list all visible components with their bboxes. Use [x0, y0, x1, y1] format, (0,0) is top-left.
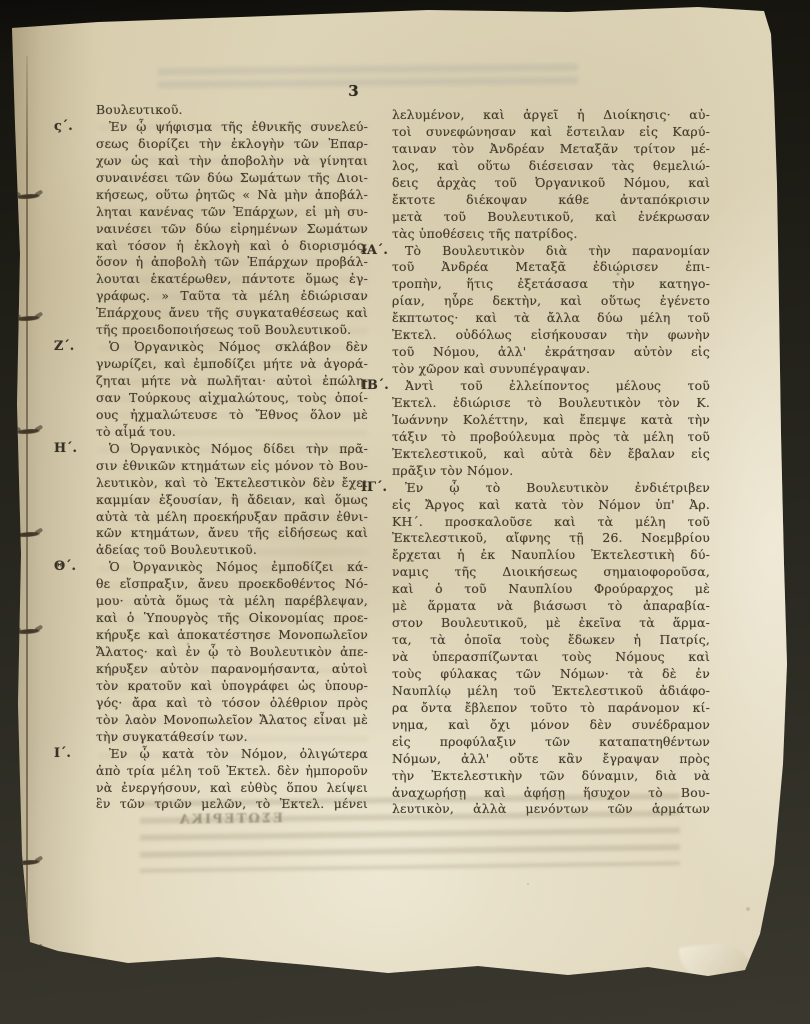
text-line: Νόμων, ἀλλ' οὔτε κἂν ἔγραψαν πρὸς [392, 751, 710, 768]
text-line: καὶ τόσον ἡ ἐκλογὴ καὶ ὁ διορισμός, [96, 238, 368, 255]
line-text: τα, τὰ ὁποῖα τοὺς ἔδωκεν ἡ Πατρίς, [392, 632, 710, 647]
line-text: γός· ἄρα καὶ τὸ τόσον ὀλέθριον πρὸς [96, 695, 368, 710]
line-text: Ἐκτελ. οὐδόλως εἰσήκουσαν τὴν φωνὴν [392, 327, 710, 342]
text-line: Ἐπάρχους ἄνευ τῆς συγκαταθέσεως καὶ [96, 305, 368, 322]
show-through-text: ΕΣΩΤΕΡΙΚΑ [153, 811, 283, 828]
line-text: πρᾶξιν τὸν Νόμον. [392, 463, 513, 478]
line-text: κήρυξεν αὐτὸν παρανομήσαντα, αὐτοὶ [96, 661, 368, 676]
text-line: Ι΄.Ἐν ᾧ κατὰ τὸν Νόμον, ὀλιγώτερα [96, 746, 368, 763]
line-text: τὴν συγκατάθεσίν των. [96, 729, 248, 744]
line-text: καὶ τόσον ἡ ἐκλογὴ καὶ ὁ διορισμός, [96, 238, 368, 253]
line-text: χων ὡς καὶ τὴν ἀποβολὴν νὰ γίνηται [96, 153, 368, 168]
text-line: τα, τὰ ὁποῖα τοὺς ἔδωκεν ἡ Πατρίς, [392, 632, 710, 649]
text-line: κήσεως, οὕτω ῥητῶς « Νὰ μὴν ἀποβάλ- [96, 187, 368, 204]
line-text: τῆς προειδοποιήσεως τοῦ Βουλευτικοῦ. [96, 322, 351, 337]
line-text: τὸ αἷμά του. [96, 424, 176, 439]
line-text: τοὶ συνεφώνησαν καὶ ἔστειλαν εἰς Καρύ- [392, 124, 710, 139]
text-line: ληται κανένας τῶν Ἐπάρχων, εἰ μὴ συ- [96, 204, 368, 221]
line-text: ρα ὄντα ἔβλεπον τοῦτο τὸ παράνομον κί- [392, 700, 710, 715]
text-line: ους ἠχμαλώτευσε τὸ Ἔθνος ὅλον μὲ [96, 407, 368, 424]
line-text: τάξιν τὸ προβούλευμα πρὸς τὰ μέλη τοῦ [392, 429, 710, 444]
line-text: τὸν λαὸν Μονοπωλεῖον Ἄλατος εἶναι μὲ [96, 712, 368, 727]
text-line: εἰς Ἄργος καὶ κατὰ τὸν Νόμον ὑπ' Ἀρ. [392, 497, 710, 514]
line-text: νὰ ὑπερασπίζωνται τοὺς Νόμους καὶ [392, 649, 710, 664]
line-text: στον Βουλευτικοῦ, μὲ ἐκεῖνα τὰ ἅρμα- [392, 615, 710, 630]
text-line: θε εἴσπραξιν, ἄνευ προεκδοθέντος Νό- [96, 576, 368, 593]
line-text: μου· αὐτὰ ὅμως τὰ μέλη παρέβλεψαν, [96, 593, 368, 608]
text-line: σιν ἐθνικῶν κτημάτων εἰς μόνον τὸ Βου- [96, 458, 368, 475]
text-line: τάξιν τὸ προβούλευμα πρὸς τὰ μέλη τοῦ [392, 429, 710, 446]
line-text: ἀδείας τοῦ Βουλευτικοῦ. [96, 542, 257, 557]
text-line: Ζ΄.Ὁ Ὀργανικὸς Νόμος σκλάβον δὲν [96, 339, 368, 356]
text-line: νημα, καὶ ὄχι μόνον δὲν συνέδραμον [392, 717, 710, 734]
text-line: ὅσον ἡ ἀποβολὴ τῶν Ἐπάρχων προβάλ- [96, 254, 368, 271]
text-line: Η΄.Ὁ Ὀργανικὸς Νόμος δίδει τὴν πρᾶ- [96, 441, 368, 458]
line-text: μὲ ἅρματα νὰ βιάσωσι τὸ ἀπαραβία- [392, 598, 710, 613]
line-text: Ἄλατος· καὶ ἐν ᾧ τὸ Βουλευτικὸν ἀπε- [96, 644, 368, 659]
text-line: τοῦ Νόμου, ἀλλ' ἐκράτησαν αὐτὸν εἰς [392, 344, 710, 361]
line-text: ταιναν τὸν Ἀνδρέαν Μεταξᾶν τρίτον μέ- [392, 141, 710, 156]
line-text: μετὰ τοῦ Βουλευτικοῦ, καὶ ἐνέκρωσαν [392, 209, 710, 224]
text-line: ζηται μήτε νὰ πωλῆται· αὐτοὶ ἐπώλη- [96, 373, 368, 390]
show-through-smudge [158, 64, 578, 94]
line-text: λος, καὶ οὕτω διέσεισαν τὰς θεμελιώ- [392, 158, 710, 173]
text-line: λευτικὸν, καὶ τὸ Ἐκτελεστικὸν δὲν ἔχει [96, 475, 368, 492]
stitch-thread [16, 315, 40, 322]
photo-background: 3 Βουλευτικοῦ.ς΄.Ἐν ᾧ ψήφισμα τῆς ἐθνικῆ… [0, 0, 810, 1024]
line-text: Ἐν ᾧ κατὰ τὸν Νόμον, ὀλιγώτερα [96, 746, 368, 761]
text-line: Ἐκτελεστικοῦ, καὶ αὐτὰ δὲν ἔβαλαν εἰς [392, 446, 710, 463]
text-line: ΙΓ΄.Ἐν ᾧ τὸ Βουλευτικὸν ἐνδιέτριβεν [392, 480, 710, 497]
text-line: ς΄.Ἐν ᾧ ψήφισμα τῆς ἐθνικῆς συνελεύ- [96, 119, 368, 136]
line-text: Ἰωάννην Κολέττην, καὶ ἔπεμψε κατὰ τὴν [392, 412, 710, 427]
text-line: νὰ ὑπερασπίζωνται τοὺς Νόμους καὶ [392, 649, 710, 666]
line-text: σαν Τούρκους αἰχμαλώτους, τοὺς ὁποί- [96, 390, 368, 405]
text-line: ἀπὸ τρία μέλη τοῦ Ἐκτελ. δὲν ἠμποροῦν [96, 763, 368, 780]
text-line: ΙΑ΄.Τὸ Βουλευτικὸν διὰ τὴν παρανομίαν [392, 243, 710, 260]
line-text: γνωρίζει, καὶ ἐμποδίζει μήτε νὰ ἀγορά- [96, 356, 368, 371]
text-line: τοὺς φύλακας τῶν Νόμων· τὰ δὲ ἐν [392, 666, 710, 683]
text-line: αὐτὰ τὰ μέλη προεκήρυξαν πρᾶσιν ἐθνι- [96, 509, 368, 526]
text-line: λουται ἑκατέρωθεν, πάντοτε ὅμως ἐγ- [96, 271, 368, 288]
text-line: τὸν κρατοῦν καὶ ὑπογράφει ὡς ὑπουρ- [96, 678, 368, 695]
paragraph-number: Η΄. [54, 441, 77, 458]
text-line: τὴν Ἐκτελεστικὴν τῶν δύναμιν, διὰ νὰ [392, 768, 710, 785]
text-line: ναμις τῆς Διοικήσεως σημαιοφοροῦσα, [392, 564, 710, 581]
line-text: σεως διορίζει τὴν ἐκλογὴν τῶν Ἐπαρ- [96, 136, 368, 151]
text-line: Ἰωάννην Κολέττην, καὶ ἔπεμψε κατὰ τὴν [392, 412, 710, 429]
line-text: κήρυξε καὶ ἀποκατέστησε Μονοπωλεῖον [96, 627, 368, 642]
text-line: γράφως. » Ταῦτα τὰ μέλη ἐδιώρισαν [96, 288, 368, 305]
text-line: καμμίαν ἐξουσίαν, ἢ ἄδειαν, καὶ ὅμως [96, 492, 368, 509]
line-text: τὴν Ἐκτελεστικὴν τῶν δύναμιν, διὰ νὰ [392, 768, 710, 783]
line-text: ρίαν, ηὗρε δεκτὴν, καὶ οὕτως ἐγένετο [392, 293, 710, 308]
text-line: εἰς προφύλαξιν τῶν καταπατηθέντων [392, 734, 710, 751]
line-text: Ἐν ᾧ τὸ Βουλευτικὸν ἐνδιέτριβεν [392, 480, 710, 495]
line-text: ὅσον ἡ ἀποβολὴ τῶν Ἐπάρχων προβάλ- [96, 254, 368, 269]
book-page: 3 Βουλευτικοῦ.ς΄.Ἐν ᾧ ψήφισμα τῆς ἐθνικῆ… [8, 4, 788, 994]
line-text: κήσεως, οὕτω ῥητῶς « Νὰ μὴν ἀποβάλ- [96, 187, 368, 202]
line-text: γράφως. » Ταῦτα τὰ μέλη ἐδιώρισαν [96, 288, 368, 303]
line-text: Βουλευτικοῦ. [96, 102, 183, 117]
text-line: ταιναν τὸν Ἀνδρέαν Μεταξᾶν τρίτον μέ- [392, 141, 710, 158]
line-text: ΚΗ΄. προσκαλοῦσε καὶ τὰ μέλη τοῦ [392, 514, 710, 529]
line-text: Ὁ Ὀργανικὸς Νόμος σκλάβον δὲν [96, 339, 368, 354]
text-line: τοὶ συνεφώνησαν καὶ ἔστειλαν εἰς Καρύ- [392, 124, 710, 141]
stitch-thread [16, 428, 40, 435]
text-line: ΚΗ΄. προσκαλοῦσε καὶ τὰ μέλη τοῦ [392, 514, 710, 531]
line-text: κῶν κτημάτων, ἄνευ τῆς εἰδήσεως καὶ [96, 525, 368, 540]
paragraph-number: ΙΑ΄. [361, 243, 388, 260]
line-text: Ναυπλίῳ μέλη τοῦ Ἐκτελεστικοῦ ἀδιάφο- [392, 683, 710, 698]
line-text: Ἐκτελ. ἐδιώρισε τὸ Βουλευτικὸν τὸν Κ. [392, 395, 710, 410]
line-text: τροπὴν, ἥτις ἐξετάσασα τὴν κατηγο- [392, 276, 710, 291]
text-line: ρα ὄντα ἔβλεπον τοῦτο τὸ παράνομον κί- [392, 700, 710, 717]
line-text: τοὺς φύλακας τῶν Νόμων· τὰ δὲ ἐν [392, 666, 710, 681]
text-line: γνωρίζει, καὶ ἐμποδίζει μήτε νὰ ἀγορά- [96, 356, 368, 373]
line-text: νὰ ἐνεργήσουν, καὶ εὐθὺς ὅπου λείψει [96, 780, 368, 795]
text-line: τροπὴν, ἥτις ἐξετάσασα τὴν κατηγο- [392, 276, 710, 293]
text-line: πρᾶξιν τὸν Νόμον. [392, 463, 710, 480]
text-line: σεως διορίζει τὴν ἐκλογὴν τῶν Ἐπαρ- [96, 136, 368, 153]
text-line: μετὰ τοῦ Βουλευτικοῦ, καὶ ἐνέκρωσαν [392, 209, 710, 226]
paragraph-number: ΙΒ΄. [361, 378, 389, 395]
text-line: ρίαν, ηὗρε δεκτὴν, καὶ οὕτως ἐγένετο [392, 293, 710, 310]
line-text: καμμίαν ἐξουσίαν, ἢ ἄδειαν, καὶ ὅμως [96, 492, 368, 507]
text-line: τῆς προειδοποιήσεως τοῦ Βουλευτικοῦ. [96, 322, 368, 339]
line-text: τὰς ὑποθέσεις τῆς πατρίδος. [392, 226, 578, 241]
paragraph-number: Θ΄. [54, 559, 76, 576]
text-line: γός· ἄρα καὶ τὸ τόσον ὀλέθριον πρὸς [96, 695, 368, 712]
text-line: λελυμένον, καὶ ἀργεῖ ἡ Διοίκησις· αὐ- [392, 107, 710, 124]
text-line: καὶ ὁ τοῦ Ναυπλίου Φρούραρχος μὲ [392, 581, 710, 598]
line-text: λευτικὸν, καὶ τὸ Ἐκτελεστικὸν δὲν ἔχει [96, 475, 368, 490]
text-line: Βουλευτικοῦ. [96, 102, 368, 119]
text-column-right: λελυμένον, καὶ ἀργεῖ ἡ Διοίκησις· αὐ-τοὶ… [392, 107, 710, 818]
text-line: τὰς ὑποθέσεις τῆς πατρίδος. [392, 226, 710, 243]
line-text: ναμις τῆς Διοικήσεως σημαιοφοροῦσα, [392, 564, 710, 579]
line-text: ναινέσει τῶν δύω εἰρημένων Σωμάτων [96, 221, 368, 236]
text-line: δεις ἀρχὰς τοῦ Ὀργανικοῦ Νόμου, καὶ [392, 175, 710, 192]
paragraph-number: Ζ΄. [54, 339, 74, 356]
line-text: σιν ἐθνικῶν κτημάτων εἰς μόνον τὸ Βου- [96, 458, 368, 473]
stitch-thread [16, 531, 40, 538]
text-line: ΙΒ΄.Ἀντὶ τοῦ ἐλλείποντος μέλους τοῦ [392, 378, 710, 395]
text-line: Θ΄.Ὁ Ὀργανικὸς Νόμος ἐμποδίζει κά- [96, 559, 368, 576]
line-text: καὶ ὁ τοῦ Ναυπλίου Φρούραρχος μὲ [392, 581, 710, 596]
line-text: νημα, καὶ ὄχι μόνον δὲν συνέδραμον [392, 717, 710, 732]
line-text: Ἀντὶ τοῦ ἐλλείποντος μέλους τοῦ [392, 378, 710, 393]
line-text: τὸν κρατοῦν καὶ ὑπογράφει ὡς ὑπουρ- [96, 678, 368, 693]
stitch-thread [16, 859, 40, 866]
text-line: τὴν συγκατάθεσίν των. [96, 729, 368, 746]
text-line: μὲ ἅρματα νὰ βιάσωσι τὸ ἀπαραβία- [392, 598, 710, 615]
line-text: ους ἠχμαλώτευσε τὸ Ἔθνος ὅλον μὲ [96, 407, 368, 422]
text-line: μου· αὐτὰ ὅμως τὰ μέλη παρέβλεψαν, [96, 593, 368, 610]
text-line: ἔκτοτε διέκοψαν κάθε ἀνταπόκρισιν [392, 192, 710, 209]
line-text: καὶ ὁ Ὑπουργὸς τῆς Οἰκονομίας προε- [96, 610, 368, 625]
line-text: λελυμένον, καὶ ἀργεῖ ἡ Διοίκησις· αὐ- [392, 107, 710, 122]
stitch-thread [16, 193, 40, 200]
line-text: τοῦ Νόμου, ἀλλ' ἐκράτησαν αὐτὸν εἰς [392, 344, 710, 359]
line-text: εἰς προφύλαξιν τῶν καταπατηθέντων [392, 734, 710, 749]
line-text: ἔρχεται ἡ ἐκ Ναυπλίου Ἐκτελεστικὴ δύ- [392, 547, 710, 562]
line-text: Ἐπάρχους ἄνευ τῆς συγκαταθέσεως καὶ [96, 305, 368, 320]
text-line: ἀδείας τοῦ Βουλευτικοῦ. [96, 542, 368, 559]
line-text: εἰς Ἄργος καὶ κατὰ τὸν Νόμον ὑπ' Ἀρ. [392, 497, 710, 512]
line-text: τὸν χῶρον καὶ συνυπέγραψαν. [392, 361, 590, 376]
text-line: Ἐκτελ. οὐδόλως εἰσήκουσαν τὴν φωνὴν [392, 327, 710, 344]
line-text: Ὁ Ὀργανικὸς Νόμος δίδει τὴν πρᾶ- [96, 441, 368, 456]
text-line: τὸν χῶρον καὶ συνυπέγραψαν. [392, 361, 710, 378]
text-line: Ἐκτελεστικοῦ, αἴφνης τῇ 26. Νοεμβρίου [392, 530, 710, 547]
paragraph-number: ΙΓ΄. [361, 480, 387, 497]
line-text: αὐτὰ τὰ μέλη προεκήρυξαν πρᾶσιν ἐθνι- [96, 509, 368, 524]
line-text: Ὁ Ὀργανικὸς Νόμος ἐμποδίζει κά- [96, 559, 368, 574]
line-text: ἔκτοτε διέκοψαν κάθε ἀνταπόκρισιν [392, 192, 710, 207]
paragraph-number: Ι΄. [54, 746, 71, 763]
line-text: τοῦ Ἀνδρέα Μεταξᾶ ἐδιώρισεν ἐπι- [392, 259, 710, 274]
stitch-thread [16, 947, 40, 954]
text-line: τοῦ Ἀνδρέα Μεταξᾶ ἐδιώρισεν ἐπι- [392, 259, 710, 276]
text-column-left: Βουλευτικοῦ.ς΄.Ἐν ᾧ ψήφισμα τῆς ἐθνικῆς … [96, 102, 368, 813]
line-text: ἀπὸ τρία μέλη τοῦ Ἐκτελ. δὲν ἠμποροῦν [96, 763, 368, 778]
stitch-thread [16, 628, 40, 635]
text-line: τὸ αἷμά του. [96, 424, 368, 441]
text-line: κήρυξεν αὐτὸν παρανομήσαντα, αὐτοὶ [96, 661, 368, 678]
line-text: Ἐκτελεστικοῦ, αἴφνης τῇ 26. Νοεμβρίου [392, 530, 710, 545]
text-line: καὶ ὁ Ὑπουργὸς τῆς Οἰκονομίας προε- [96, 610, 368, 627]
line-text: θε εἴσπραξιν, ἄνευ προεκδοθέντος Νό- [96, 576, 368, 591]
text-line: στον Βουλευτικοῦ, μὲ ἐκεῖνα τὰ ἅρμα- [392, 615, 710, 632]
page-corner-curl [678, 940, 751, 981]
page-number: 3 [342, 82, 366, 100]
line-text: Τὸ Βουλευτικὸν διὰ τὴν παρανομίαν [392, 243, 710, 258]
text-line: Ἐκτελ. ἐδιώρισε τὸ Βουλευτικὸν τὸν Κ. [392, 395, 710, 412]
text-line: χων ὡς καὶ τὴν ἀποβολὴν νὰ γίνηται [96, 153, 368, 170]
paragraph-number: ς΄. [54, 119, 73, 136]
line-text: Νόμων, ἀλλ' οὔτε κἂν ἔγραψαν πρὸς [392, 751, 710, 766]
line-text: ζηται μήτε νὰ πωλῆται· αὐτοὶ ἐπώλη- [96, 373, 368, 388]
line-text: ἔκπτωτος· καὶ τὰ ἄλλα δύω μέλη τοῦ [392, 310, 710, 325]
line-text: ληται κανένας τῶν Ἐπάρχων, εἰ μὴ συ- [96, 204, 368, 219]
text-line: νὰ ἐνεργήσουν, καὶ εὐθὺς ὅπου λείψει [96, 780, 368, 797]
show-through-lines [140, 793, 680, 873]
text-line: Ναυπλίῳ μέλη τοῦ Ἐκτελεστικοῦ ἀδιάφο- [392, 683, 710, 700]
text-line: ναινέσει τῶν δύω εἰρημένων Σωμάτων [96, 221, 368, 238]
text-line: σαν Τούρκους αἰχμαλώτους, τοὺς ὁποί- [96, 390, 368, 407]
text-line: λος, καὶ οὕτω διέσεισαν τὰς θεμελιώ- [392, 158, 710, 175]
text-line: ἔκπτωτος· καὶ τὰ ἄλλα δύω μέλη τοῦ [392, 310, 710, 327]
line-text: Ἐν ᾧ ψήφισμα τῆς ἐθνικῆς συνελεύ- [96, 119, 368, 134]
text-line: τὸν λαὸν Μονοπωλεῖον Ἄλατος εἶναι μὲ [96, 712, 368, 729]
text-line: συναινέσει τῶν δύω Σωμάτων τῆς Διοι- [96, 170, 368, 187]
text-line: κῶν κτημάτων, ἄνευ τῆς εἰδήσεως καὶ [96, 525, 368, 542]
line-text: δεις ἀρχὰς τοῦ Ὀργανικοῦ Νόμου, καὶ [392, 175, 710, 190]
line-text: συναινέσει τῶν δύω Σωμάτων τῆς Διοι- [96, 170, 368, 185]
text-line: Ἄλατος· καὶ ἐν ᾧ τὸ Βουλευτικὸν ἀπε- [96, 644, 368, 661]
text-line: κήρυξε καὶ ἀποκατέστησε Μονοπωλεῖον [96, 627, 368, 644]
text-line: ἔρχεται ἡ ἐκ Ναυπλίου Ἐκτελεστικὴ δύ- [392, 547, 710, 564]
line-text: λουται ἑκατέρωθεν, πάντοτε ὅμως ἐγ- [96, 271, 368, 286]
line-text: Ἐκτελεστικοῦ, καὶ αὐτὰ δὲν ἔβαλαν εἰς [392, 446, 710, 461]
